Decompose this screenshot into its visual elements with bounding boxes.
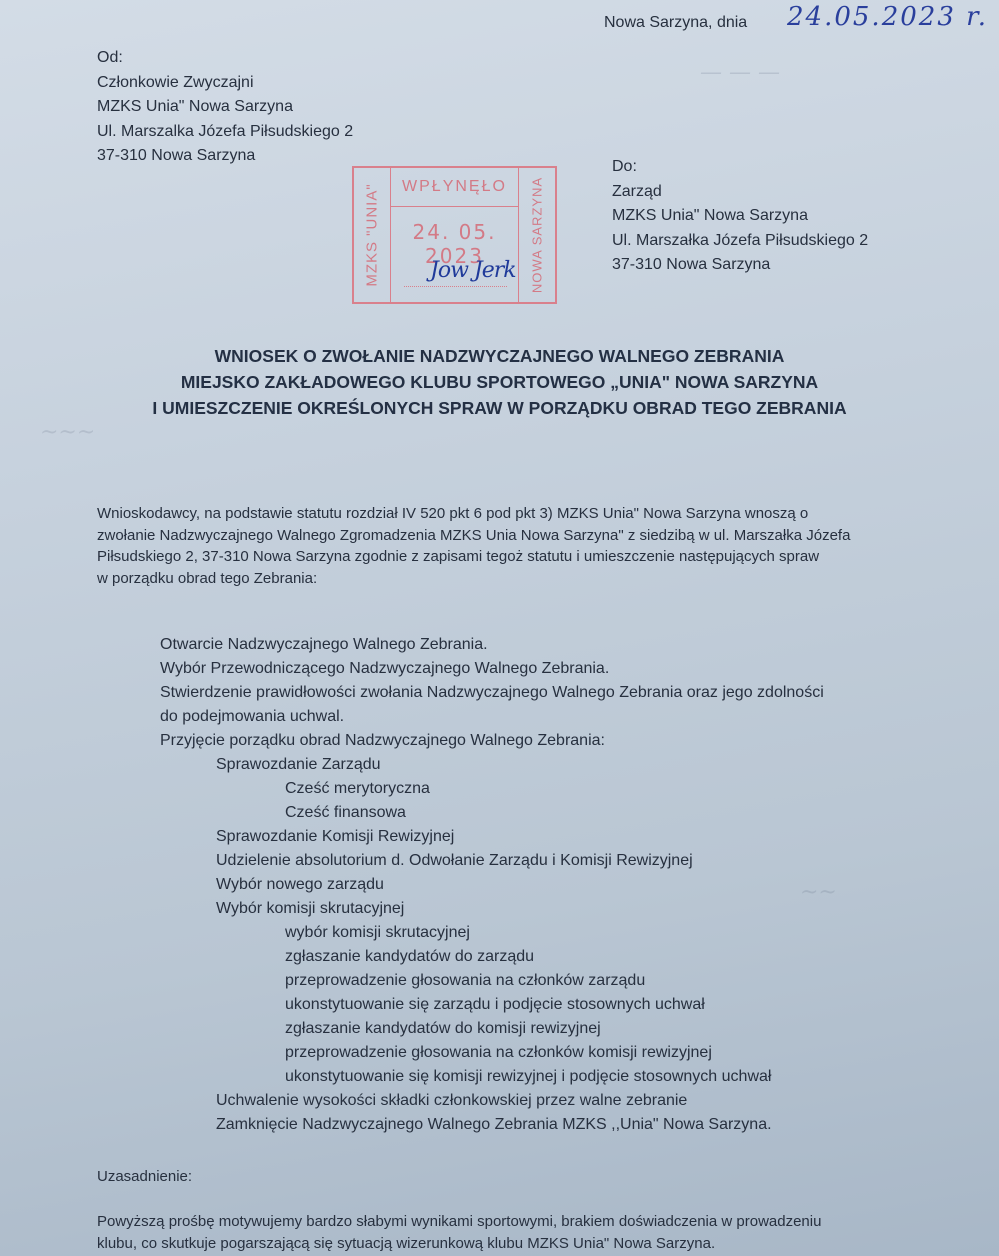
list-item-text: do podejmowania uchwal. [160, 705, 344, 729]
intro-line: Piłsudskiego 2, 37-310 Nowa Sarzyna zgod… [97, 546, 897, 568]
sender-line: MZKS Unia" Nowa Sarzyna [97, 95, 353, 120]
intro-line: Wnioskodawcy, na podstawie statutu rozdz… [97, 503, 897, 525]
justification-line: Powyższą prośbę motywujemy bardzo słabym… [97, 1211, 947, 1233]
title-line: MIEJSKO ZAKŁADOWEGO KLUBU SPORTOWEGO „UN… [0, 369, 999, 395]
list-item-text: Cześć finansowa [285, 801, 406, 825]
justification-line: klubu, co skutkuje pogarszającą się sytu… [97, 1233, 947, 1255]
stamp-right-column: NOWA SARZYNA [518, 168, 555, 302]
list-item-text: Stwierdzenie prawidłowości zwołania Nadz… [160, 681, 824, 705]
stamp-signature: Jow Jerk [430, 258, 516, 283]
intro-line: zwołanie Nadzwyczajnego Walnego Zgromadz… [97, 525, 897, 547]
stamp-left-column: MZKS "UNIA" [354, 168, 391, 302]
intro-line: w porządku obrad tego Zebrania: [97, 568, 897, 590]
document-title: WNIOSEK O ZWOŁANIE NADZWYCZAJNEGO WALNEG… [0, 343, 999, 421]
list-item-text: przeprowadzenie głosowania na członków k… [285, 1041, 712, 1065]
recipient-line: 37-310 Nowa Sarzyna [612, 253, 868, 278]
list-item-text: Sprawozdanie Zarządu [216, 753, 381, 777]
show-through-scribble: — — — [700, 60, 780, 85]
stamp-received-label: WPŁYNĘŁO [390, 168, 519, 207]
list-item-text: Cześć merytoryczna [285, 777, 430, 801]
list-item-text: przeprowadzenie głosowania na członków z… [285, 969, 645, 993]
list-item-text: wybór komisji skrutacyjnej [285, 921, 470, 945]
sender-line: Członkowie Zwyczajni [97, 71, 353, 96]
list-item-text: Wybór nowego zarządu [216, 873, 384, 897]
list-item-text: Sprawozdanie Komisji Rewizyjnej [216, 825, 454, 849]
list-item-text: zgłaszanie kandydatów do zarządu [285, 945, 534, 969]
recipient-label: Do: [612, 155, 868, 180]
list-item-text: Zamknięcie Nadzwyczajnego Walnego Zebran… [216, 1113, 772, 1137]
list-item-text: ukonstytuowanie się komisji rewizyjnej i… [285, 1065, 771, 1089]
show-through-scribble: ~~ [800, 880, 837, 905]
stamp-org-name: MZKS "UNIA" [364, 183, 381, 286]
recipient-block: Do: Zarząd MZKS Unia" Nowa Sarzyna Ul. M… [612, 155, 868, 278]
title-line: I UMIESZCZENIE OKREŚLONYCH SPRAW W PORZĄ… [0, 395, 999, 421]
sender-label: Od: [97, 46, 353, 71]
justification-text: Powyższą prośbę motywujemy bardzo słabym… [97, 1211, 947, 1254]
list-item-text: Udzielenie absolutorium d. Odwołanie Zar… [216, 849, 693, 873]
sender-block: Od: Członkowie Zwyczajni MZKS Unia" Nowa… [97, 46, 353, 169]
show-through-scribble: ~~~ [40, 420, 95, 445]
sender-line: 37-310 Nowa Sarzyna [97, 144, 353, 169]
sender-line: Ul. Marszalka Józefa Piłsudskiego 2 [97, 120, 353, 145]
justification-label: Uzasadnienie: [97, 1168, 192, 1185]
intro-paragraph: Wnioskodawcy, na podstawie statutu rozdz… [97, 503, 897, 589]
list-item-text: Przyjęcie porządku obrad Nadzwyczajnego … [160, 729, 605, 753]
stamp-signature-line [404, 286, 507, 287]
list-item-text: Wybór Przewodniczącego Nadzwyczajnego Wa… [160, 657, 609, 681]
received-stamp: MZKS "UNIA" WPŁYNĘŁO 24. 05. 2023 Jow Je… [352, 166, 557, 304]
recipient-line: MZKS Unia" Nowa Sarzyna [612, 204, 868, 229]
list-item-text: zgłaszanie kandydatów do komisji rewizyj… [285, 1017, 601, 1041]
list-item-text: Otwarcie Nadzwyczajnego Walnego Zebrania… [160, 633, 488, 657]
list-item-text: Uchwalenie wysokości składki członkowski… [216, 1089, 687, 1113]
recipient-line: Zarząd [612, 180, 868, 205]
list-item-text: ukonstytuowanie się zarządu i podjęcie s… [285, 993, 705, 1017]
recipient-line: Ul. Marszałka Józefa Piłsudskiego 2 [612, 229, 868, 254]
handwritten-date: 24.05.2023 r. [787, 2, 988, 32]
title-line: WNIOSEK O ZWOŁANIE NADZWYCZAJNEGO WALNEG… [0, 343, 999, 369]
place-date-label: Nowa Sarzyna, dnia [604, 14, 747, 32]
stamp-city: NOWA SARZYNA [530, 177, 545, 293]
list-item-text: Wybór komisji skrutacyjnej [216, 897, 404, 921]
